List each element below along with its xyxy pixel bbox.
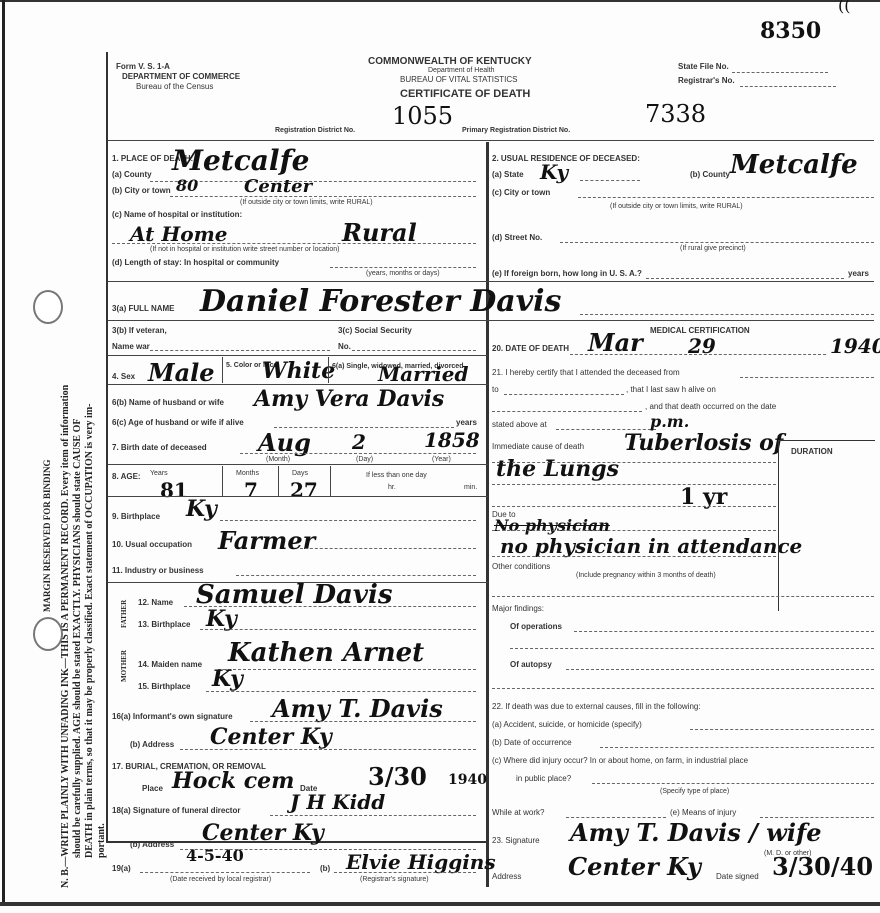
public-place-label: in public place? <box>516 774 571 783</box>
mother-birthplace-value: Ky <box>212 666 243 692</box>
bureau-census: Bureau of the Census <box>136 82 213 91</box>
date-signed-value: 3/30/40 <box>772 852 873 881</box>
ss-no-label: No. <box>338 342 351 351</box>
informant-signature-value: Amy T. Davis <box>272 694 443 723</box>
pod-city-value: Center <box>244 176 312 197</box>
external-causes-label: 22. If death was due to external causes,… <box>492 702 701 711</box>
date-received-hint: (Date received by local registrar) <box>170 876 271 883</box>
birth-year-hint: (Year) <box>432 456 451 463</box>
mother-name-label: 14. Maiden name <box>138 660 202 669</box>
margin-binding-note: MARGIN RESERVED FOR BINDING <box>42 460 52 612</box>
res-county-value: Metcalfe <box>730 150 858 180</box>
date-death-label: 20. DATE OF DEATH <box>492 344 569 353</box>
ss-label: 3(c) Social Security <box>338 326 412 335</box>
stated-label: stated above at <box>492 420 547 429</box>
struck-text: No physician <box>494 516 610 535</box>
punch-hole-bottom <box>33 617 63 651</box>
dept-commerce: DEPARTMENT OF COMMERCE <box>122 72 240 81</box>
primary-district-label: Primary Registration District No. <box>462 127 570 134</box>
certify-label: 21. I hereby certify that I attended the… <box>492 368 680 377</box>
pod-city-hint: (If outside city or town limits, write R… <box>240 199 373 206</box>
certificate-title: CERTIFICATE OF DEATH <box>400 88 530 100</box>
burial-place-label: Place <box>142 784 163 793</box>
res-state-value: Ky <box>540 160 568 184</box>
pod-city-prefix: 80 <box>176 176 198 195</box>
birthplace-label: 9. Birthplace <box>112 512 160 521</box>
pod-county-label: (a) County <box>112 170 152 179</box>
cert-address-value: Center Ky <box>568 852 701 881</box>
age-hr-label: hr. <box>388 484 396 491</box>
reg-district-label: Registration District No. <box>275 127 355 134</box>
pod-length-hint: (years, months or days) <box>366 270 440 277</box>
birth-day: 2 <box>352 430 366 454</box>
age-months-value: 7 <box>244 478 258 502</box>
informant-address-label: (b) Address <box>130 740 174 749</box>
age-days-value: 27 <box>290 478 318 502</box>
duration-box: DURATION <box>778 440 875 611</box>
age-years-value: 81 <box>160 478 188 502</box>
bureau-vital-stats: BUREAU OF VITAL STATISTICS <box>400 75 518 84</box>
spouse-age-label: 6(c) Age of husband or wife if alive <box>112 418 244 427</box>
mother-birthplace-label: 15. Birthplace <box>138 682 190 691</box>
age-less-label: If less than one day <box>366 472 427 479</box>
age-years-label: Years <box>150 470 168 477</box>
duration-label: DURATION <box>791 447 833 456</box>
burial-date-value: 3/30 <box>368 762 427 791</box>
date-signed-label: Date signed <box>716 872 759 881</box>
spouse-age-suffix: years <box>456 418 477 427</box>
father-birthplace-label: 13. Birthplace <box>138 620 190 629</box>
registrar-b-label: (b) <box>320 864 330 873</box>
date-death-year: 1940 <box>830 334 880 358</box>
spouse-value: Amy Vera Davis <box>254 386 444 412</box>
father-tag: FATHER <box>120 600 128 628</box>
birthplace-value: Ky <box>186 496 217 522</box>
while-at-work-label: While at work? <box>492 808 544 817</box>
res-foreign-suffix: years <box>848 269 869 278</box>
birth-year: 1858 <box>424 428 480 452</box>
pod-hospital-label: (c) Name of hospital or institution: <box>112 210 242 219</box>
spouse-label: 6(b) Name of husband or wife <box>112 398 224 407</box>
age-days-label: Days <box>292 470 308 477</box>
cert-signature-value: Amy T. Davis / wife <box>570 818 822 847</box>
burial-place-value: Hock cem <box>172 768 294 794</box>
corner-mark: (( <box>838 0 850 15</box>
injury-where-label: (c) Where did injury occur? In or about … <box>492 756 748 765</box>
occurrence-label: (b) Date of occurrence <box>492 738 572 747</box>
pod-length-label: (d) Length of stay: In hospital or commu… <box>112 258 279 267</box>
primary-district-value: 7338 <box>645 100 706 128</box>
director-address-label: (b) Address <box>130 840 174 849</box>
registrar-a-label: 19(a) <box>112 864 131 873</box>
operations-label: Of operations <box>510 622 562 631</box>
pod-city-label: (b) City or town <box>112 186 171 195</box>
res-street-label: (d) Street No. <box>492 233 542 242</box>
last-saw-label: , that I last saw h alive on <box>626 385 716 394</box>
age-label: 8. AGE: <box>112 472 141 481</box>
place-type-hint: (Specify type of place) <box>660 788 729 795</box>
accident-label: (a) Accident, suicide, or homicide (spec… <box>492 720 642 729</box>
state-file-label: State File No. <box>678 62 729 71</box>
means-injury-label: (e) Means of injury <box>670 808 736 817</box>
birth-month-hint: (Month) <box>266 456 290 463</box>
res-city-label: (c) City or town <box>492 188 550 197</box>
father-name-label: 12. Name <box>138 598 173 607</box>
registrar-no-label: Registrar's No. <box>678 76 735 85</box>
stamp-number: 8350 <box>760 18 821 44</box>
director-label: 18(a) Signature of funeral director <box>112 806 240 815</box>
director-address-value: Center Ky <box>202 820 324 846</box>
cause-note: no physician in attendance <box>500 534 802 558</box>
cert-signature-label: 23. Signature <box>492 836 540 845</box>
findings-label: Major findings: <box>492 604 544 613</box>
other-conditions-label: Other conditions <box>492 562 550 571</box>
informant-address-value: Center Ky <box>210 724 332 750</box>
age-months-label: Months <box>236 470 259 477</box>
birth-label: 7. Birth date of deceased <box>112 443 207 452</box>
page-bottom-edge <box>0 902 880 906</box>
veteran-label: 3(b) If veteran, <box>112 326 167 335</box>
mother-tag: MOTHER <box>120 650 128 682</box>
to-label: to <box>492 385 499 394</box>
res-street-hint: (If rural give precinct) <box>680 245 746 252</box>
color-value: White <box>262 358 335 384</box>
reg-district-value: 1055 <box>392 102 453 130</box>
cause-line-1: Tuberlosis of <box>624 430 783 456</box>
informant-signature-label: 16(a) Informant's own signature <box>112 712 233 721</box>
page-left-edge <box>2 0 5 905</box>
state-title: COMMONWEALTH OF KENTUCKY <box>368 56 532 67</box>
marital-value: Married <box>378 362 468 386</box>
birth-day-hint: (Day) <box>356 456 373 463</box>
form-id: Form V. S. 1-A <box>116 62 170 71</box>
autopsy-label: Of autopsy <box>510 660 552 669</box>
occupation-value: Farmer <box>218 526 315 555</box>
stated-value: p.m. <box>650 412 689 431</box>
mother-name-value: Kathen Arnet <box>228 638 424 668</box>
res-state-label: (a) State <box>492 170 524 179</box>
date-death-month: Mar <box>588 328 643 357</box>
cert-address-label: Address <box>492 872 521 881</box>
death-occurred-label: , and that death occurred on the date <box>645 402 776 411</box>
occupation-label: 10. Usual occupation <box>112 540 192 549</box>
immediate-cause-label: Immediate cause of death <box>492 442 584 451</box>
registrar-signature-hint: (Registrar's signature) <box>360 876 429 883</box>
burial-date-year: 1940 <box>448 772 487 788</box>
director-value: J H Kidd <box>290 790 385 814</box>
punch-hole-top <box>33 290 63 324</box>
form-left-border <box>106 52 108 842</box>
res-city-hint: (If outside city or town limits, write R… <box>610 203 743 210</box>
death-certificate-page: 8350 (( MARGIN RESERVED FOR BINDING N. B… <box>0 0 880 913</box>
dept-health: Department of Health <box>428 67 495 74</box>
res-foreign-label: (e) If foreign born, how long in U. S. A… <box>492 269 642 278</box>
cause-line-2: the Lungs <box>496 456 619 482</box>
margin-instruction-3: DEATH in plain terms, so that it may be … <box>84 404 95 859</box>
sex-label: 4. Sex <box>112 372 135 381</box>
pod-county-value: Metcalfe <box>172 144 309 177</box>
industry-label: 11. Industry or business <box>112 566 204 575</box>
page-top-edge <box>0 0 880 2</box>
pod-hospital-hint: (If not in hospital or institution write… <box>150 246 339 253</box>
age-min-label: min. <box>464 484 477 491</box>
full-name-label: 3(a) FULL NAME <box>112 304 175 313</box>
registrar-signature-value: Elvie Higgins <box>346 850 496 874</box>
date-received-value: 4-5-40 <box>186 846 244 865</box>
res-county-label: (b) County <box>690 170 730 179</box>
margin-instruction-2: should be carefully supplied. AGE should… <box>72 419 83 858</box>
full-name-value: Daniel Forester Davis <box>200 284 561 319</box>
sex-value: Male <box>148 358 215 387</box>
other-conditions-hint: (Include pregnancy within 3 months of de… <box>576 572 716 579</box>
war-label: Name war <box>112 342 150 351</box>
